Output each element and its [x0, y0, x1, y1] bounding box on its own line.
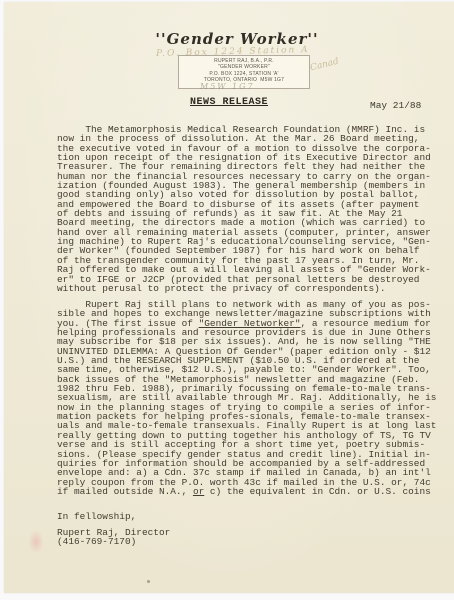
- news-release-heading-text: NEWS RELEASE: [190, 97, 268, 108]
- pink-smudge-artifact: [28, 530, 44, 554]
- scan-speck-artifact: [147, 580, 150, 583]
- paper-page: ''Gender Worker'' P.O. Box 1224 Station …: [4, 2, 454, 593]
- paragraph-1: The Metamorphosis Medical Research Found…: [57, 125, 431, 293]
- closing-line: In fellowship,: [57, 512, 136, 521]
- handwriting-postal-code: M5W 1G7: [200, 82, 255, 91]
- document-date: May 21/88: [370, 100, 421, 111]
- masthead-title: ''Gender Worker'': [12, 30, 454, 48]
- address-stamp-text: RUPERT RAJ, B.A., P.R. "GENDER WORKER" P…: [179, 58, 309, 84]
- scanned-news-release: { "document": { "masthead_title": "''Gen…: [0, 0, 454, 600]
- paragraph-2: Rupert Raj still plans to network with a…: [57, 300, 436, 496]
- signature-block: Rupert Raj, Director (416-769-7170): [57, 528, 170, 547]
- handwriting-canada: Canad: [309, 57, 340, 74]
